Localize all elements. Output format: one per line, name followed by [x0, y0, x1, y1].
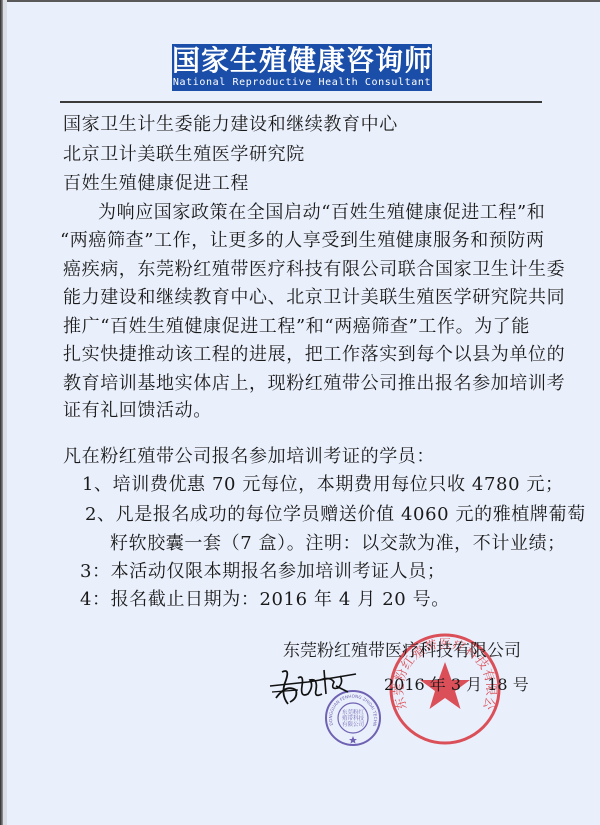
offer-item-1: 1、培训费优惠 70 元每位，本期费用每位只收 4780 元；	[82, 474, 564, 496]
paragraph-line: “两癌筛查”工作，让更多的人享受到生殖健康服务和预防两	[60, 230, 545, 252]
paragraph-line: 能力建设和继续教育中心、北京卫计美联生殖医学研究院共同	[63, 287, 565, 309]
header-divider	[60, 101, 542, 103]
org-line-1: 国家卫生计生委能力建设和继续教育中心	[63, 114, 398, 136]
paragraph-line: 癌疾病，东莞粉红殖带医疗科技有限公司联合国家卫生计生委	[63, 259, 565, 281]
banner-title-en: National Reproductive Health Consultant	[172, 77, 432, 89]
banner-title-cn: 国家生殖健康咨询师	[172, 45, 432, 77]
signature-date: 2016 年 3 月 18 号	[384, 675, 529, 695]
program-title: 百姓生殖健康促进工程	[63, 173, 249, 195]
header-banner: 国家生殖健康咨询师 National Reproductive Health C…	[172, 44, 432, 91]
scan-edge-left-margin	[3, 0, 7, 825]
paragraph-line: 证有礼回馈活动。	[63, 400, 212, 422]
offer-intro: 凡在粉红殖带公司报名参加培训考证的学员：	[63, 446, 435, 468]
offer-item-4: 4：报名截止日期为：2016 年 4 月 20 号。	[80, 589, 450, 611]
paragraph-line: 推广“百姓生殖健康促进工程”和“两癌筛查”工作。为了能	[63, 316, 530, 338]
svg-text:殖带科技: 殖带科技	[342, 714, 365, 722]
svg-text:有限公司: 有限公司	[342, 720, 365, 728]
signature-company: 东莞粉红殖带医疗科技有限公司	[283, 641, 521, 661]
scan-edge-top	[0, 0, 600, 2]
org-line-2: 北京卫计美联生殖医学研究院	[63, 144, 305, 166]
paragraph-line: 扎实快捷推动该工程的进展，把工作落实到每个以县为单位的	[63, 344, 565, 366]
paragraph-line: 教育培训基地实体店上，现粉红殖带公司推出报名参加培训考	[63, 373, 565, 395]
offer-item-2-continued: 籽软胶囊一套（7 盒）。注明：以交款为准，不计业绩；	[110, 533, 566, 555]
offer-item-3: 3：本活动仅限本期报名参加培训考证人员；	[80, 561, 445, 583]
offer-item-2: 2、凡是报名成功的每位学员赠送价值 4060 元的雅植牌葡萄	[85, 504, 586, 526]
paragraph-line: 为响应国家政策在全国启动“百姓生殖健康促进工程”和	[98, 202, 545, 224]
handwritten-signature-icon	[268, 664, 358, 710]
